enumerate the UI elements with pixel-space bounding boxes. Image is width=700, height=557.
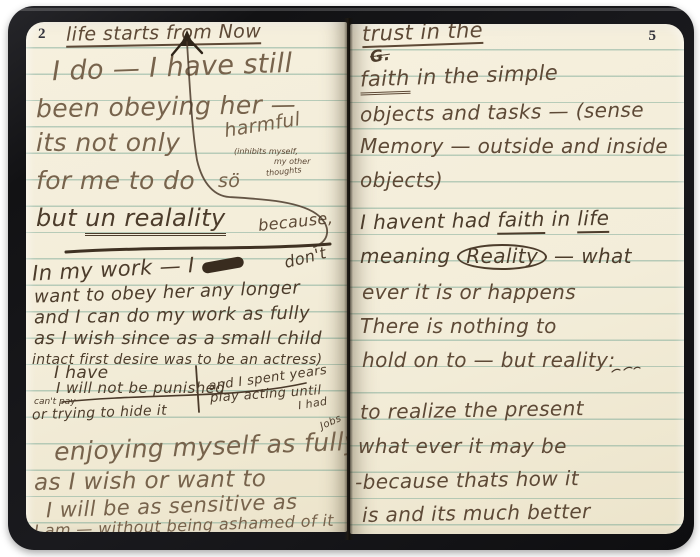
phrase: in the simple [409, 61, 558, 90]
page-number-left: 2 [38, 26, 46, 43]
crossed-out-mark: Ǥ. [369, 47, 391, 66]
underlined-phrase: un realality [85, 204, 226, 236]
notebook-gutter-crease [344, 18, 353, 540]
handwritten-line: its not only [36, 130, 180, 155]
handwritten-line: objects and tasks — (sense [360, 100, 644, 125]
handwritten-line: what ever it may be [358, 436, 567, 456]
word: but [36, 204, 77, 232]
underlined-word: faith [360, 66, 411, 96]
handwritten-line: hold on to — but reality: [362, 350, 615, 370]
notebook-photo: 2 life starts from Now I do — I have sti… [0, 0, 700, 557]
handwritten-word: don't [283, 245, 328, 271]
handwritten-line: I do — I have still [52, 50, 293, 85]
handwritten-line: trust in the [362, 24, 484, 48]
underlined-word: life [577, 206, 610, 234]
scribbled-out-word [201, 255, 244, 273]
phrase: meaning [360, 244, 457, 268]
margin-note: thoughts [266, 166, 302, 178]
handwritten-word: I had [297, 396, 328, 411]
handwritten-line: There is nothing to [360, 316, 557, 336]
phrase: In my work — I [31, 253, 195, 285]
handwritten-line: or trying to hide it [32, 404, 167, 423]
handwritten-line: meaning Reality — what [360, 244, 632, 270]
notebook-page-right: 5 trust in the Ǥ. faith in the simple ob… [350, 24, 684, 534]
handwritten-line: and I can do my work as fully [34, 305, 310, 328]
underlined-word: faith [497, 207, 545, 235]
handwritten-line: but un realality [36, 206, 226, 230]
handwritten-line: ever it is or happens [362, 282, 576, 302]
handwritten-line: objects) [360, 170, 443, 190]
phrase: — what [547, 244, 632, 268]
handwritten-word: because, [257, 210, 333, 234]
handwritten-line: Memory — outside and inside [360, 136, 668, 156]
circled-word: Reality [457, 244, 547, 270]
handwritten-line: I will not be punished [56, 381, 225, 396]
margin-note: (inhibits myself, [234, 148, 298, 156]
handwritten-line: enjoying myself as fully [54, 429, 347, 465]
handwritten-line: I havent had faith in life [360, 208, 610, 232]
phrase: I havent had [360, 208, 498, 234]
handwritten-line: faith in the simple [360, 63, 559, 91]
page-number-right: 5 [649, 28, 657, 45]
handwritten-line: is and its much better [362, 501, 591, 525]
page-title-left: life starts from Now [66, 22, 262, 47]
phrase: in [545, 206, 578, 231]
handwritten-line: as I wish since as a small child [34, 330, 322, 348]
handwritten-line: -because thats how it [355, 468, 579, 492]
handwritten-word: sö [218, 172, 240, 191]
handwritten-line: for me to do [36, 168, 195, 193]
margin-note: my other [274, 158, 310, 166]
notebook-page-left: 2 life starts from Now I do — I have sti… [26, 22, 347, 532]
handwritten-line: to realize the present [360, 398, 584, 422]
